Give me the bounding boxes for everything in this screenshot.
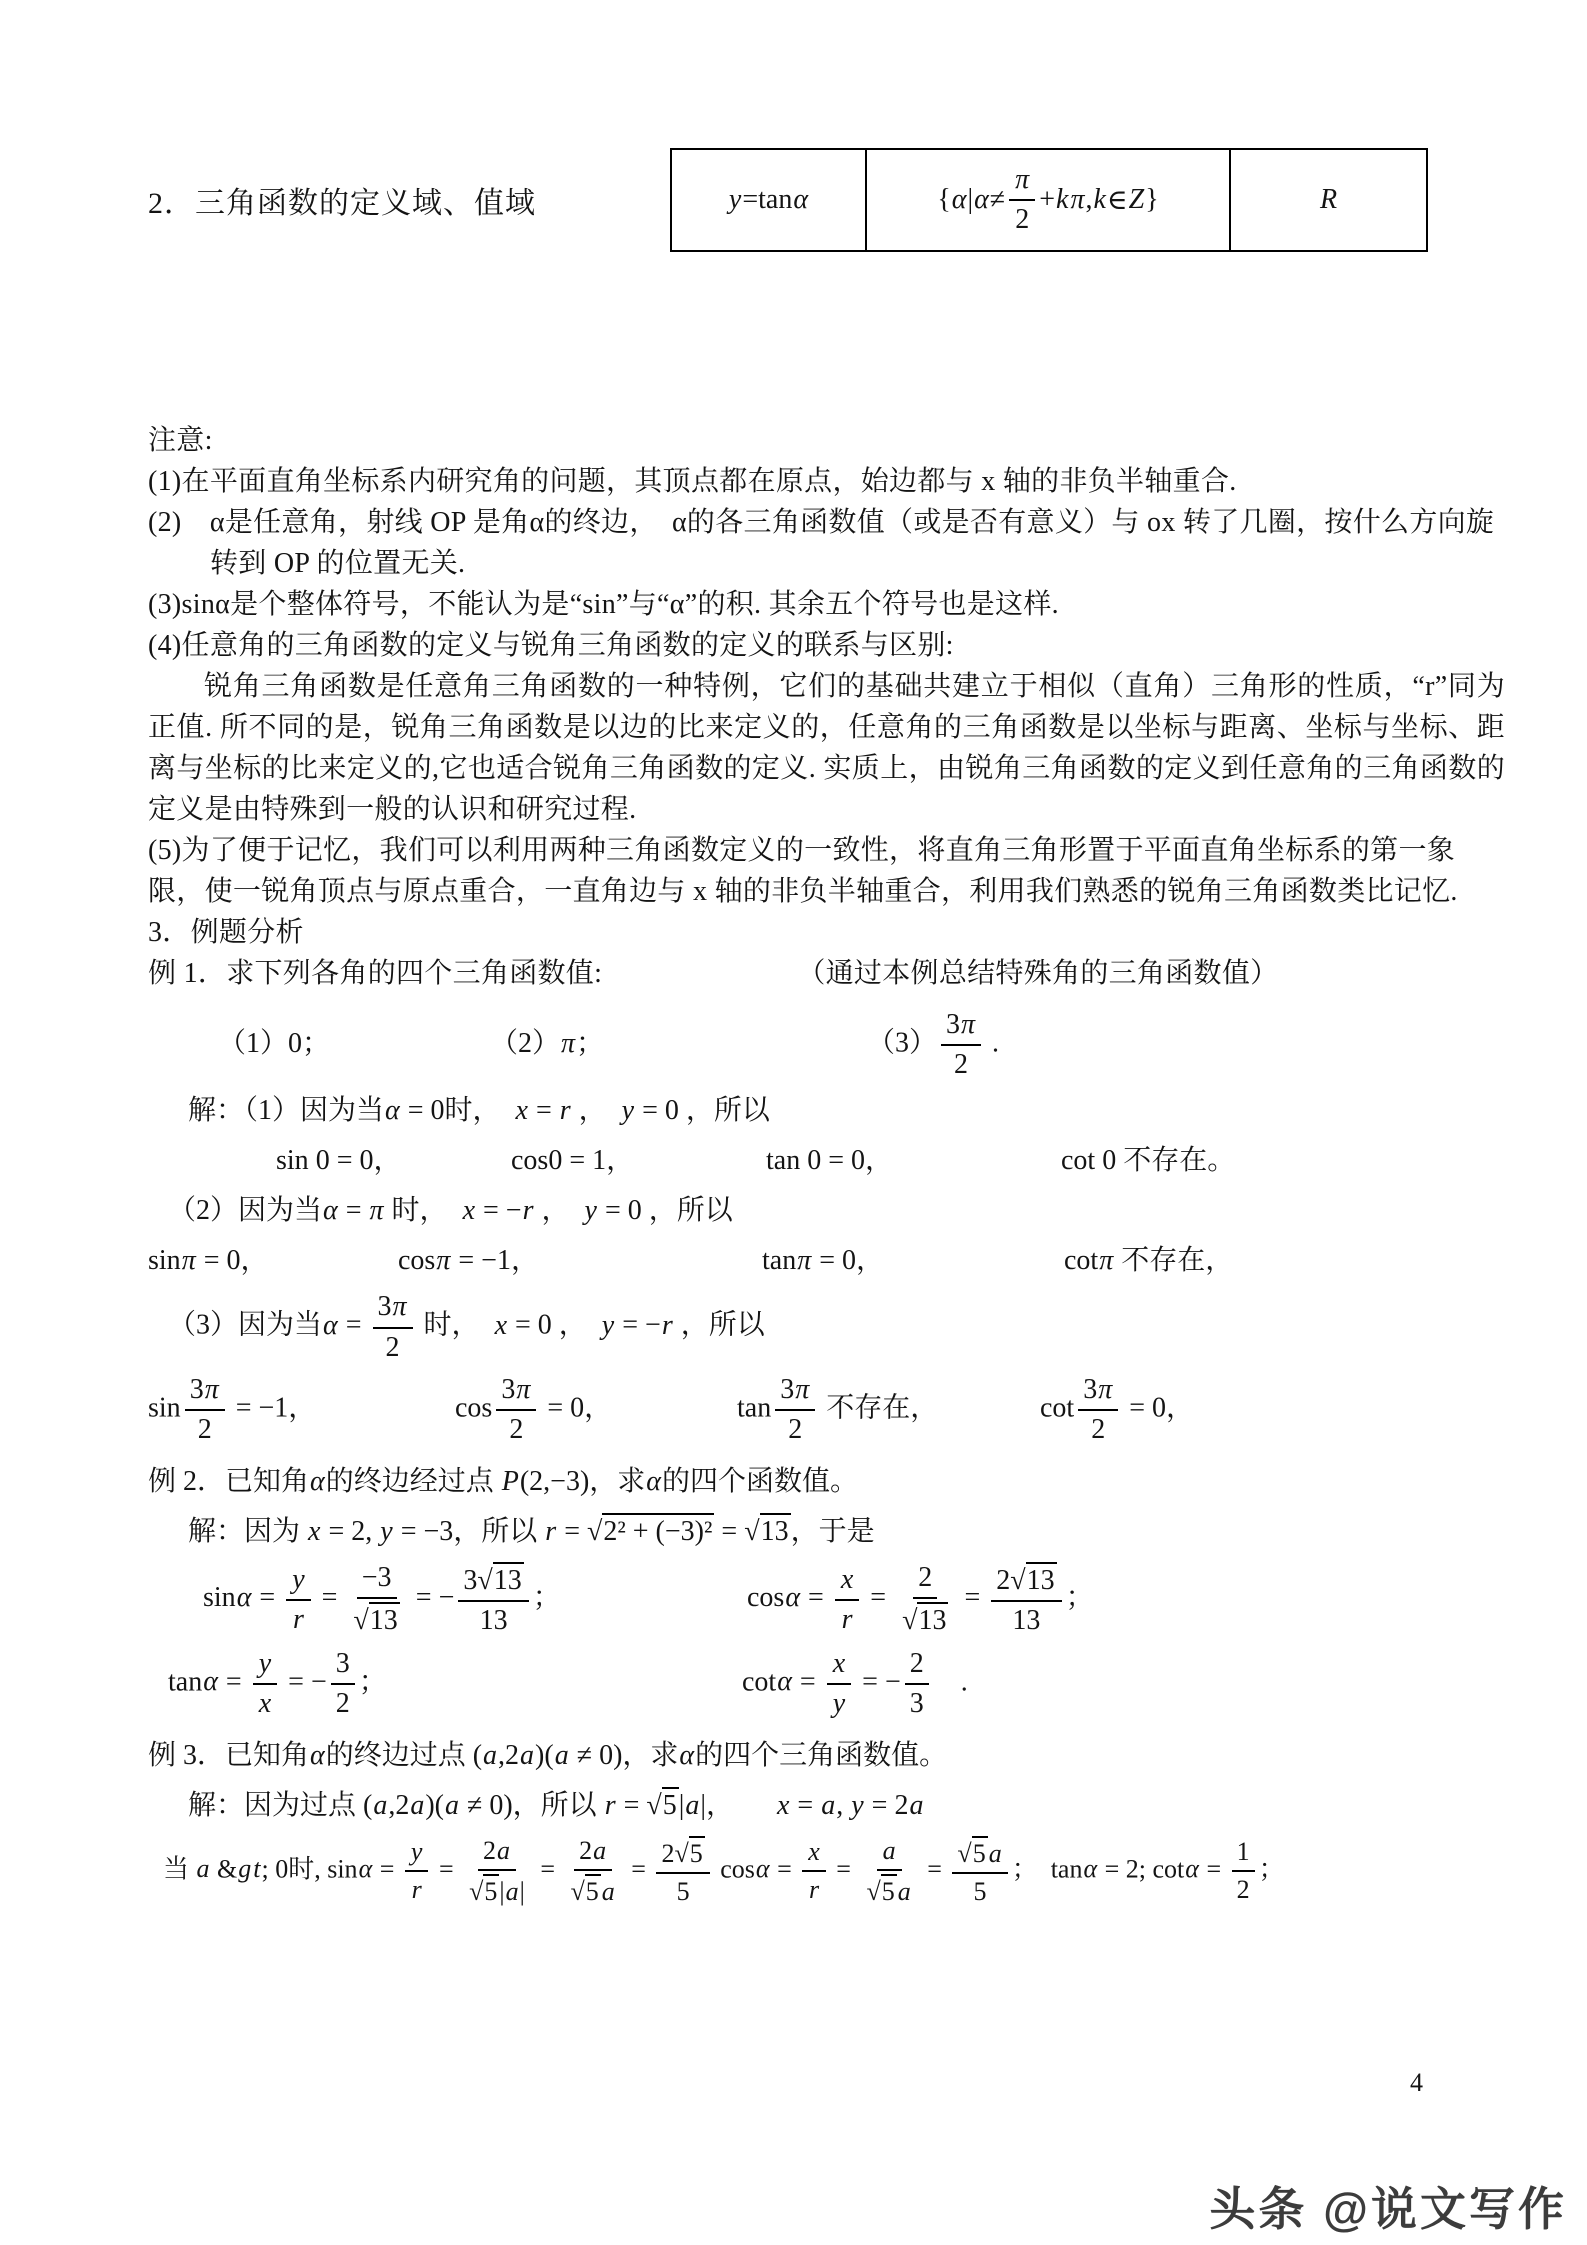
- example-3-title: 例 3．已知角α的终边过点 (a,2a)(a ≠ 0)，求α的四个三角函数值。: [148, 1735, 1527, 1777]
- page-number: 4: [1410, 2068, 1423, 2098]
- formula-cell: tan3π2 不存在，: [737, 1373, 1033, 1447]
- table-cell-function: y = tanα: [672, 150, 865, 250]
- formula-cell: cot 0 不存在。: [1061, 1140, 1235, 1182]
- section-heading: 2．三角函数的定义域、值域: [148, 178, 670, 222]
- formula-cell: sinα = yr = −3√13 = −3√1313；: [203, 1561, 740, 1638]
- example-1-values-2: sinπ = 0， cosπ = −1， tanπ = 0， cotπ 不存在，: [148, 1240, 1527, 1282]
- note-item-1: (1)在平面直角坐标系内研究角的问题，其顶点都在原点，始边都与 x 轴的非负半轴…: [148, 461, 1505, 502]
- example-3: 例 3．已知角α的终边过点 (a,2a)(a ≠ 0)，求α的四个三角函数值。 …: [148, 1735, 1527, 1908]
- section-3-heading: 3．例题分析: [148, 912, 1505, 953]
- example-2: 例 2．已知角α的终边经过点 P(2,−3)，求α的四个函数值。 解：因为 x …: [148, 1461, 1527, 1721]
- formula-cell: tanα = yx = −32；: [168, 1647, 735, 1721]
- example-2-values-1: sinα = yr = −3√13 = −3√1313； cosα = xr =…: [203, 1561, 1527, 1638]
- formula-cell: sin 0 = 0，: [276, 1140, 504, 1182]
- formula-cell: （3）3π2 .: [867, 1008, 999, 1082]
- formula-cell: sinπ = 0，: [148, 1240, 391, 1282]
- example-2-values-2: tanα = yx = −32； cotα = xy = −23 .: [168, 1647, 1527, 1721]
- example-1: （1）0； （2）π； （3）3π2 . 解：（1）因为当α = 0时， x =…: [148, 1008, 1527, 1447]
- formula-cell: cosα = xr = 2√13 = 2√1313；: [747, 1561, 1094, 1638]
- note-item-3: (3)sinα是个整体符号，不能认为是“sin”与“α”的积. 其余五个符号也是…: [148, 584, 1505, 625]
- example-1-title: 例 1．求下列各角的四个三角函数值: （通过本例总结特殊角的三角函数值）: [148, 953, 1505, 994]
- example-1-solution-3: （3）因为当α = 3π2 时， x = 0 ， y = −r ，所以: [168, 1290, 1527, 1364]
- formula-cell: cosπ = −1，: [398, 1240, 755, 1282]
- example-1-values-3: sin3π2 = −1， cos3π2 = 0， tan3π2 不存在， cot…: [148, 1373, 1527, 1447]
- formula-cell: cot3π2 = 0，: [1040, 1373, 1194, 1447]
- formula-cell: tanπ = 0，: [762, 1240, 1057, 1282]
- formula-cell: （1）0；: [218, 1023, 483, 1065]
- notes-title: 注意:: [148, 420, 1505, 461]
- formula-cell: sin3π2 = −1，: [148, 1373, 448, 1447]
- example-1-title-text: 例 1．求下列各角的四个三角函数值:: [148, 953, 685, 994]
- example-2-solution: 解：因为 x = 2, y = −3，所以 r = √2² + (−3)² = …: [188, 1511, 1527, 1553]
- notes-section: 注意: (1)在平面直角坐标系内研究角的问题，其顶点都在原点，始边都与 x 轴的…: [148, 420, 1505, 994]
- example-1-hint: （通过本例总结特殊角的三角函数值）: [797, 953, 1278, 994]
- formula-cell: （2）π；: [490, 1023, 860, 1065]
- formula-cell: cotα = xy = −23 .: [742, 1647, 968, 1721]
- formula-cell: tan 0 = 0，: [766, 1140, 1054, 1182]
- formula-cell: cos3π2 = 0，: [455, 1373, 730, 1447]
- note-item-4-body: 锐角三角函数是任意角三角函数的一种特例，它们的基础共建立于相似（直角）三角形的性…: [148, 666, 1505, 830]
- example-2-title: 例 2．已知角α的终边经过点 P(2,−3)，求α的四个函数值。: [148, 1461, 1527, 1503]
- document-page: 2．三角函数的定义域、值域 y = tanα {α | α ≠ π2 + kπ,…: [0, 0, 1587, 2245]
- example-1-solution-2: （2）因为当α = π 时， x = −r ， y = 0 ，所以: [168, 1190, 1527, 1232]
- watermark: 头条 @说文写作: [1209, 2173, 1567, 2239]
- note-item-4: (4)任意角的三角函数的定义与锐角三角函数的定义的联系与区别:: [148, 625, 1505, 666]
- example-1-solution-1: 解：（1）因为当α = 0时， x = r ， y = 0 ，所以: [188, 1090, 1527, 1132]
- example-3-solution: 解：因为过点 (a,2a)(a ≠ 0)，所以 r = √5|a|， x = a…: [188, 1785, 1527, 1827]
- note-item-5: (5)为了便于记忆，我们可以利用两种三角函数定义的一致性，将直角三角形置于平面直…: [148, 830, 1505, 912]
- example-1-items: （1）0； （2）π； （3）3π2 .: [218, 1008, 1527, 1082]
- formula-cell: cotπ 不存在，: [1064, 1240, 1233, 1282]
- table-cell-range: R: [1229, 150, 1426, 250]
- table-cell-domain: {α | α ≠ π2 + kπ, k ∈ Z}: [865, 150, 1229, 250]
- formula-cell: cos0 = 1，: [511, 1140, 759, 1182]
- example-3-values: 当 a &gt; 0时, sinα = yr = 2a√5|a| = 2a√5a…: [163, 1835, 1527, 1908]
- header-row: 2．三角函数的定义域、值域 y = tanα {α | α ≠ π2 + kπ,…: [148, 148, 1457, 252]
- example-1-values-1: sin 0 = 0， cos0 = 1， tan 0 = 0， cot 0 不存…: [276, 1140, 1527, 1182]
- note-item-2: (2) α是任意角，射线 OP 是角α的终边， α的各三角函数值（或是否有意义）…: [148, 502, 1505, 584]
- function-table: y = tanα {α | α ≠ π2 + kπ, k ∈ Z} R: [670, 148, 1428, 252]
